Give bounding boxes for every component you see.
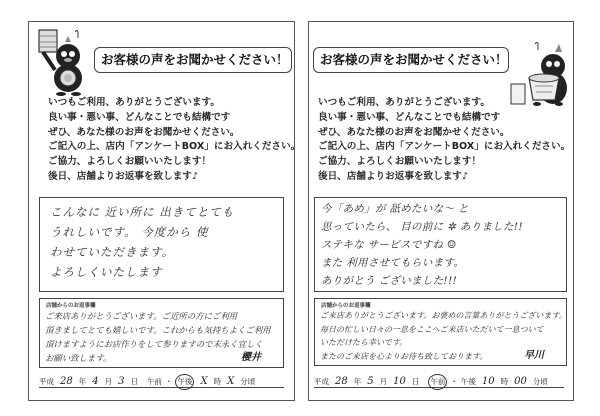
comment-line: また 利用させてもらいます。	[321, 254, 523, 272]
date-row: 平成 28 年 4 月 3 日 午前・午後 X 時 X 分頃	[39, 374, 284, 388]
date-day: 3	[115, 375, 127, 389]
comment-line: こんなに 近い所に 出きてとても	[50, 202, 234, 222]
date-hour: X	[197, 375, 210, 389]
intro-line: ご記入の上、店内「アンケートBOX」にお入れください。	[48, 140, 300, 155]
date-minute-unit: 分頃	[533, 375, 548, 389]
date-row: 平成 28 年 5 月 10 日 午前・午後 10 時 00 分頃	[314, 374, 564, 388]
date-year-unit: 年	[79, 375, 87, 389]
intro-text: いつもご利用、ありがとうございます。 良い事・悪い事、どんなことでも結構です ぜ…	[318, 96, 570, 185]
intro-line: ご協力、よろしくお願いいたします！	[318, 155, 570, 170]
date-day-unit: 日	[130, 375, 138, 389]
comment-line: うれしいです。 今度から 使	[50, 222, 234, 242]
intro-line: ぜひ、あなた様のお声をお聞かせください。	[48, 126, 300, 141]
customer-comment-box: こんなに 近い所に 出きてとても うれしいです。 今度から 使 わせていただきま…	[39, 197, 284, 292]
reply-label: 店舗からのお返事欄	[321, 301, 371, 309]
intro-line: ご協力、よろしくお願いいたします！	[48, 155, 300, 170]
intro-line: いつもご利用、ありがとうございます。	[318, 96, 570, 111]
date-minute: X	[224, 375, 237, 389]
reply-line: 頂けますようにお店作りをして参りますので末永く宜しく	[45, 337, 270, 351]
penguin-mascot-books-icon	[37, 26, 99, 98]
date-sep: ・	[165, 375, 173, 389]
intro-text: いつもご利用、ありがとうございます。 良い事・悪い事、どんなことでも結構です ぜ…	[48, 96, 300, 185]
date-month: 5	[364, 375, 376, 389]
reply-line: 毎日の忙しい日々の一息をここへご来店いただいて一息ついて	[320, 323, 567, 337]
date-month: 4	[89, 375, 101, 389]
feedback-card-left: お客様の声をお聞かせください！ いつもご利用、ありがとうございます。 良い事・悪…	[28, 21, 295, 401]
date-month-unit: 月	[380, 375, 388, 389]
date-minute: 00	[511, 375, 530, 389]
date-sep: ・	[450, 375, 458, 389]
date-year: 28	[332, 375, 351, 389]
comment-line: 思っていたら、 目の前に ✲ ありました!!	[321, 218, 523, 236]
intro-line: 後日、店舗よりお返事を致します♪	[48, 170, 300, 185]
store-reply-box: 店舗からのお返事欄 ご来店ありがとうございます。お褒めの言葉ありがとうございます…	[314, 298, 567, 366]
customer-comment: 今「あめ」が 舐めたいな〜 と 思っていたら、 目の前に ✲ ありました!! ス…	[321, 200, 523, 290]
date-day-unit: 日	[412, 375, 420, 389]
date-hour-unit: 時	[501, 375, 509, 389]
customer-comment-box: 今「あめ」が 舐めたいな〜 と 思っていたら、 目の前に ✲ ありました!! ス…	[314, 197, 567, 292]
reply-line: ご来店ありがとうございます。お褒めの言葉ありがとうございます。	[320, 309, 567, 323]
store-reply: ご来店ありがとうございます。ご近所の方にご利用 頂きましてとても嬉しいです。これ…	[45, 309, 270, 365]
header-bubble: お客様の声をお聞かせください！	[313, 47, 509, 73]
date-minute-unit: 分頃	[240, 375, 255, 389]
reply-line: 頂きましてとても嬉しいです。これからも気持ちよくご利用	[45, 323, 270, 337]
store-reply-box: 店舗からのお返事欄 ご来店ありがとうございます。ご近所の方にご利用 頂きましてと…	[39, 298, 284, 368]
date-era: 平成	[314, 375, 329, 389]
date-hour-unit: 時	[214, 375, 222, 389]
date-pm: 午後	[461, 375, 476, 389]
date-year-unit: 年	[354, 375, 362, 389]
intro-line: いつもご利用、ありがとうございます。	[48, 96, 300, 111]
comment-line: 今「あめ」が 舐めたいな〜 と	[321, 200, 523, 218]
date-year: 28	[57, 375, 76, 389]
date-hour: 10	[479, 375, 498, 389]
date-am: 午前	[147, 375, 162, 389]
intro-line: 良い事・悪い事、どんなことでも結構です	[318, 111, 570, 126]
feedback-card-right: お客様の声をお聞かせください！ いつもご利用、ありがとうございます。 良い事・悪…	[308, 21, 574, 401]
date-day: 10	[390, 375, 409, 389]
intro-line: 後日、店舗よりお返事を致します♪	[318, 170, 570, 185]
comment-line: ステキな サービスですね ☺	[321, 236, 523, 254]
reply-line: お願い致します。	[45, 351, 270, 365]
intro-line: ご記入の上、店内「アンケートBOX」にお入れください。	[318, 140, 570, 155]
comment-line: ありがとう ございました!!!	[321, 272, 523, 290]
reply-line: ご来店ありがとうございます。ご近所の方にご利用	[45, 309, 270, 323]
intro-line: 良い事・悪い事、どんなことでも結構です	[48, 111, 300, 126]
date-pm-circled: 午後	[175, 374, 194, 390]
date-era: 平成	[39, 375, 54, 389]
staff-signature: 櫻井	[241, 348, 261, 363]
header-bubble: お客様の声をお聞かせください！	[94, 47, 292, 73]
comment-line: よろしくいたします	[50, 262, 234, 282]
intro-line: ぜひ、あなた様のお声をお聞かせください。	[318, 126, 570, 141]
date-am-circled: 午前	[428, 374, 447, 390]
staff-signature: 早川	[524, 346, 544, 361]
customer-comment: こんなに 近い所に 出きてとても うれしいです。 今度から 使 わせていただきま…	[50, 202, 234, 282]
comment-line: わせていただきます。	[50, 242, 234, 262]
reply-label: 店舗からのお返事欄	[46, 301, 96, 309]
date-month-unit: 月	[105, 375, 113, 389]
